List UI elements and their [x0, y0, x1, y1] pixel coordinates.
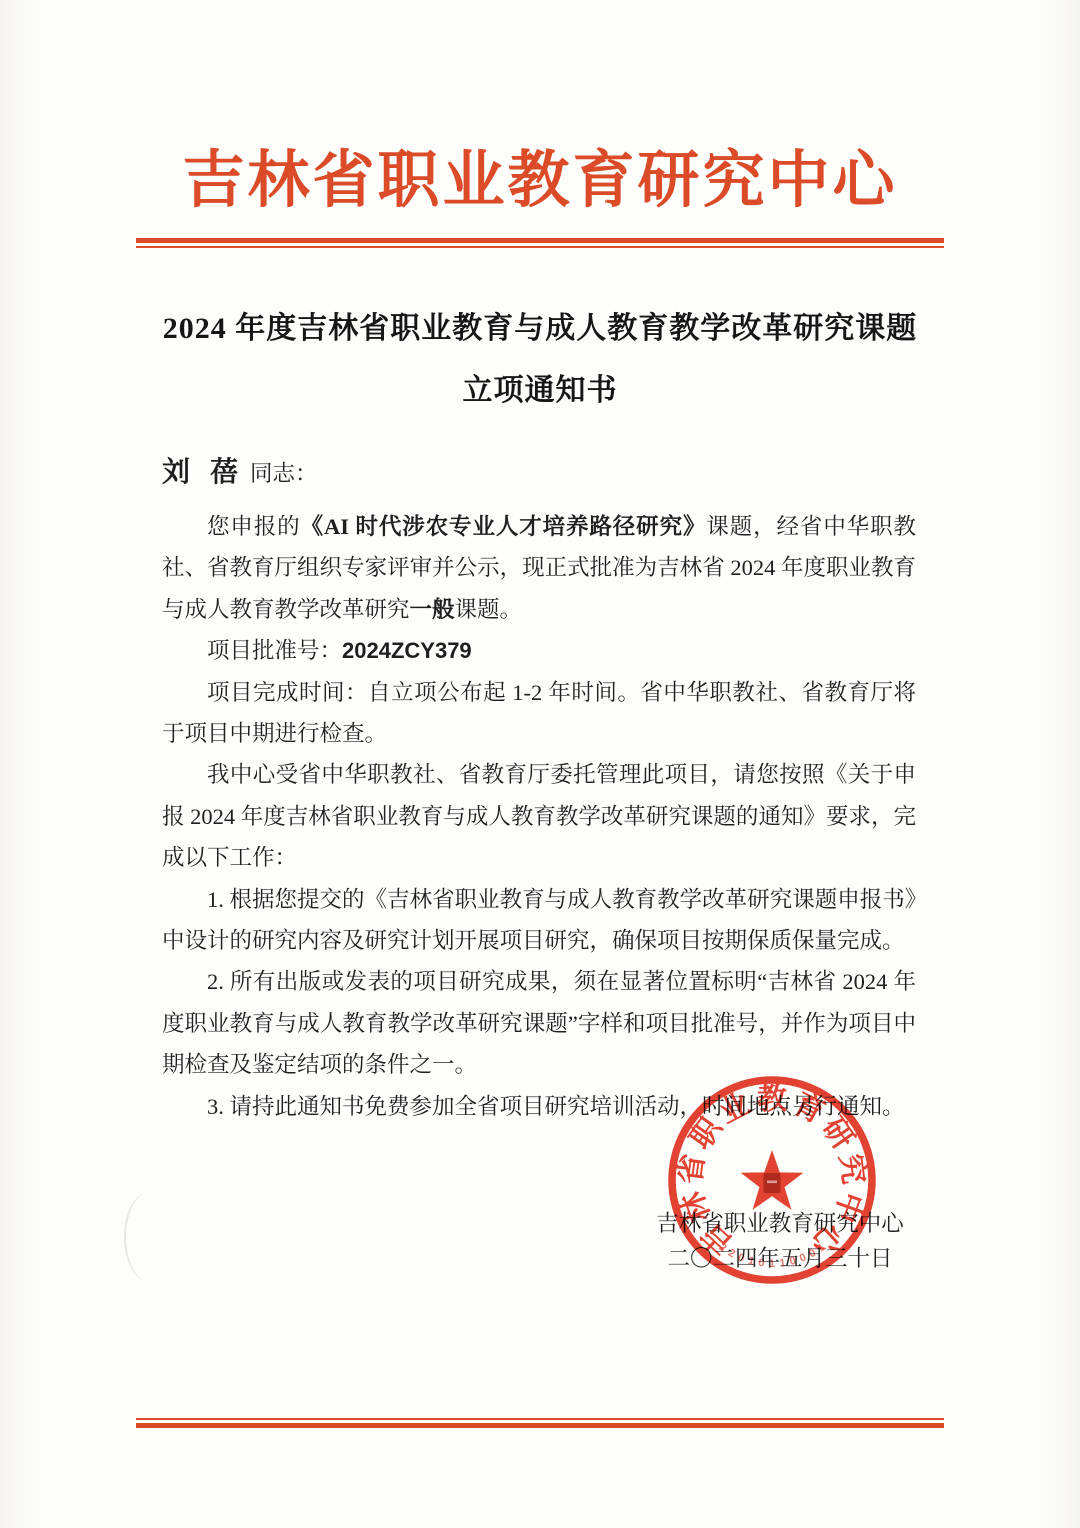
header-rule-thick [136, 238, 944, 243]
paragraph-segment: 1. 根据您提交的《吉林省职业教育与成人教育教学改革研究课题申报书》中设计的研究… [162, 887, 916, 953]
paragraph-segment: 我中心受省中华职教社、省教育厅委托管理此项目，请您按照《关于申报 2024 年度… [162, 762, 916, 870]
recipient-name: 刘 蓓 [162, 457, 240, 488]
paragraph-segment: 一般 [410, 597, 455, 622]
salutation: 刘 蓓同志： [162, 448, 916, 502]
body-paragraph: 项目批准号：2024ZCY379 [162, 630, 916, 671]
paragraph-segment: 您申报的 [207, 514, 301, 539]
footer-rule-thick [136, 1423, 944, 1428]
scan-artifact [124, 1192, 176, 1282]
seal-arc-char: 省 [674, 1152, 711, 1186]
body-paragraph: 我中心受省中华职教社、省教育厅委托管理此项目，请您按照《关于申报 2024 年度… [162, 754, 916, 878]
paragraph-segment: 项目批准号： [207, 638, 342, 663]
body-paragraphs: 您申报的《AI 时代涉农专业人才培养路径研究》课题，经省中华职教社、省教育厅组织… [162, 506, 916, 1127]
paragraph-segment: 3. 请持此通知书免费参加全省项目研究培训活动，时间地点另行通知。 [207, 1094, 905, 1119]
body-paragraph: 1. 根据您提交的《吉林省职业教育与成人教育教学改革研究课题申报书》中设计的研究… [162, 879, 916, 962]
body-paragraph: 项目完成时间：自立项公布起 1-2 年时间。省中华职教社、省教育厅将于项目中期进… [162, 672, 916, 755]
paragraph-segment: 《AI 时代涉农专业人才培养路径研究》 [301, 514, 707, 539]
document-title-line1: 2024 年度吉林省职业教育与成人教育教学改革研究课题 [0, 303, 1080, 347]
paragraph-segment: 项目完成时间：自立项公布起 1-2 年时间。省中华职教社、省教育厅将于项目中期进… [162, 680, 916, 746]
paragraph-segment: 2. 所有出版或发表的项目研究成果，须在显著位置标明“吉林省 2024 年度职业… [162, 969, 916, 1077]
body-paragraph: 3. 请持此通知书免费参加全省项目研究培训活动，时间地点另行通知。 [162, 1086, 916, 1127]
seal-emblem-detail [767, 1181, 777, 1184]
signature-date: 二〇二四年五月三十日 [630, 1241, 930, 1276]
paragraph-segment: 2024ZCY379 [342, 638, 472, 663]
header-rule-thin [136, 246, 944, 248]
document-body: 刘 蓓同志： 您申报的《AI 时代涉农专业人才培养路径研究》课题，经省中华职教社… [162, 448, 916, 1127]
paragraph-segment: 课题。 [455, 597, 523, 622]
letterhead-org-name: 吉林省职业教育研究中心 [0, 130, 1080, 219]
footer-rule-thin [136, 1418, 944, 1420]
signature-org: 吉林省职业教育研究中心 [630, 1206, 930, 1241]
seal-arc-char: 究 [833, 1152, 871, 1186]
seal-star-emblem-icon [764, 1173, 781, 1193]
seal-star-icon [741, 1150, 804, 1210]
body-paragraph: 您申报的《AI 时代涉农专业人才培养路径研究》课题，经省中华职教社、省教育厅组织… [162, 506, 916, 630]
signature-block: 吉林省职业教育研究中心 二〇二四年五月三十日 [630, 1206, 930, 1276]
salutation-suffix: 同志： [250, 461, 318, 486]
body-paragraph: 2. 所有出版或发表的项目研究成果，须在显著位置标明“吉林省 2024 年度职业… [162, 961, 916, 1085]
document-title-line2: 立项通知书 [0, 365, 1080, 409]
